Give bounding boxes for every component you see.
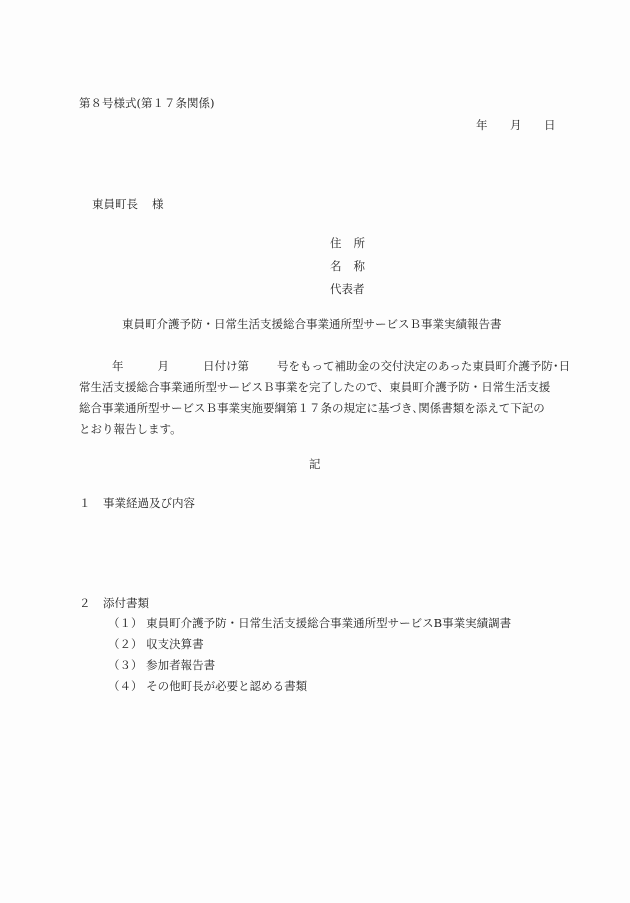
body-month-label: 月 (158, 359, 170, 373)
date-year-label: 年 (476, 120, 510, 132)
section-1-number: １ (79, 498, 103, 510)
ki-heading: 記 (309, 459, 321, 471)
attachment-item: （４） その他町長が必要と認める書類 (108, 681, 511, 702)
date-month-label: 月 (510, 120, 544, 132)
section-1-heading: １事業経過及び内容 (79, 498, 195, 510)
body-day-number-label: 日付け第 (203, 359, 249, 373)
addressee-honorific: 様 (152, 197, 164, 211)
applicant-block: 住所 名称 代表者 (330, 238, 377, 307)
applicant-name-label: 名称 (330, 261, 377, 284)
document-title: 東員町介護予防・日常生活支援総合事業通所型サービスＢ事業実績報告書 (122, 319, 502, 331)
section-1-title: 事業経過及び内容 (103, 496, 195, 510)
body-line-1-rest: 号をもって補助金の交付決定のあった東員町介護予防･日 (277, 359, 570, 373)
document-page: 第８号様式(第１７条関係) 年月日 東員町長様 住所 名称 代表者 東員町介護予… (0, 0, 630, 903)
addressee: 東員町長様 (92, 199, 164, 211)
attachment-item: （３） 参加者報告書 (108, 660, 511, 681)
section-2-heading: ２添付書類 (79, 598, 149, 610)
applicant-address-label: 住所 (330, 238, 377, 261)
date-line: 年月日 (476, 120, 556, 132)
section-2-number: ２ (79, 598, 103, 610)
body-line-1: 年月日付け第号をもって補助金の交付決定のあった東員町介護予防･日 (79, 356, 553, 377)
report-body: 年月日付け第号をもって補助金の交付決定のあった東員町介護予防･日 常生活支援総合… (79, 356, 553, 440)
attachment-item: （１） 東員町介護予防・日常生活支援総合事業通所型サービスB事業実績調書 (108, 618, 511, 639)
body-year-label: 年 (112, 359, 124, 373)
date-day-label: 日 (544, 120, 556, 132)
attachment-item: （２） 収支決算書 (108, 639, 511, 660)
applicant-representative-label: 代表者 (330, 284, 377, 307)
addressee-name: 東員町長 (92, 197, 138, 211)
attachment-list: （１） 東員町介護予防・日常生活支援総合事業通所型サービスB事業実績調書 （２）… (108, 618, 511, 702)
body-line-2: 常生活支援総合事業通所型サービスＢ事業を完了したので、東員町介護予防・日常生活支… (79, 377, 553, 398)
section-2-title: 添付書類 (103, 596, 149, 610)
body-line-3: 総合事業通所型サービスＢ事業実施要綱第１７条の規定に基づき､関係書類を添えて下記… (79, 398, 553, 419)
form-number: 第８号様式(第１７条関係) (79, 98, 214, 110)
body-line-4: とおり報告します。 (79, 419, 553, 440)
